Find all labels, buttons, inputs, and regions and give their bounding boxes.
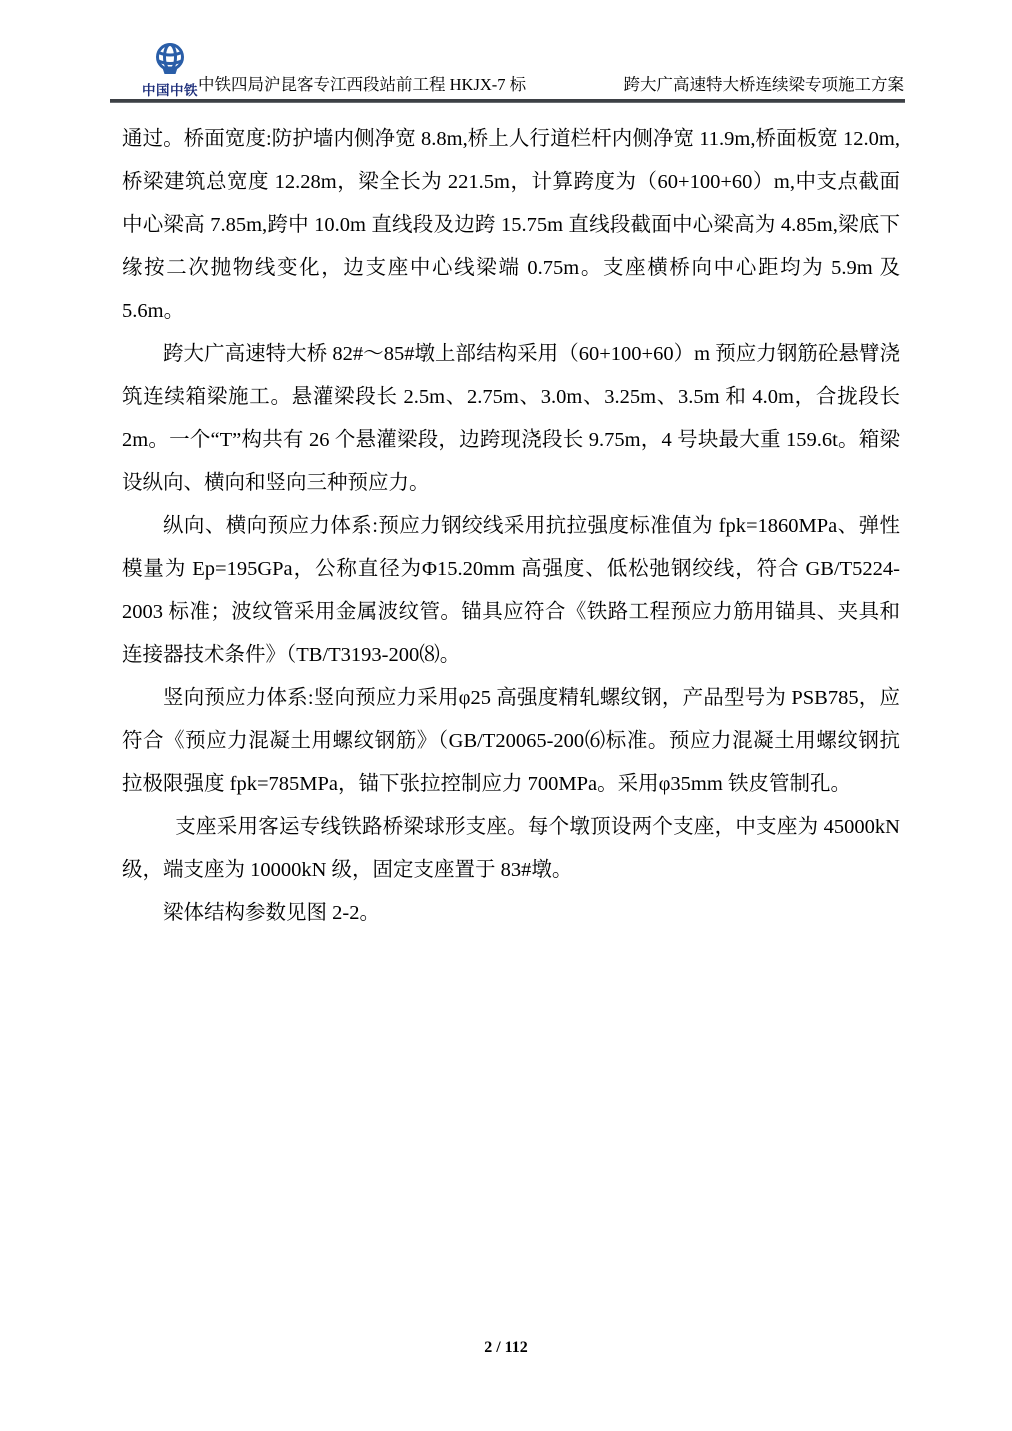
page-number: 2 / 112 <box>484 1339 528 1356</box>
header-left-title: 中铁四局沪昆客专江西段站前工程 HKJX-7 标 <box>198 71 526 95</box>
crec-globe-icon <box>149 42 191 78</box>
header-right-title: 跨大广高速特大桥连续梁专项施工方案 <box>624 71 905 95</box>
company-logo: 中国中铁 <box>136 42 204 99</box>
document-page: 中国中铁 中铁四局沪昆客专江西段站前工程 HKJX-7 标 跨大广高速特大桥连续… <box>0 0 1012 1431</box>
paragraph-bridge-dimensions: 通过。桥面宽度:防护墙内侧净宽 8.8m,桥上人行道栏杆内侧净宽 11.9m,桥… <box>122 118 900 333</box>
paragraph-bearings: 支座采用客运专线铁路桥梁球形支座。每个墩顶设两个支座，中支座为 45000kN … <box>122 806 900 892</box>
document-body: 通过。桥面宽度:防护墙内侧净宽 8.8m,桥上人行道栏杆内侧净宽 11.9m,桥… <box>122 118 900 935</box>
paragraph-superstructure: 跨大广高速特大桥 82#～85#墩上部结构采用（60+100+60）m 预应力钢… <box>122 333 900 505</box>
page-footer: 2 / 112 <box>0 1339 1012 1357</box>
paragraph-vertical-prestress: 竖向预应力体系:竖向预应力采用φ25 高强度精轧螺纹钢，产品型号为 PSB785… <box>122 677 900 806</box>
brand-name: 中国中铁 <box>136 79 204 99</box>
header-rule <box>110 99 905 103</box>
paragraph-figure-reference: 梁体结构参数见图 2-2。 <box>122 892 900 935</box>
paragraph-longitudinal-prestress: 纵向、横向预应力体系:预应力钢绞线采用抗拉强度标准值为 fpk=1860MPa、… <box>122 505 900 677</box>
